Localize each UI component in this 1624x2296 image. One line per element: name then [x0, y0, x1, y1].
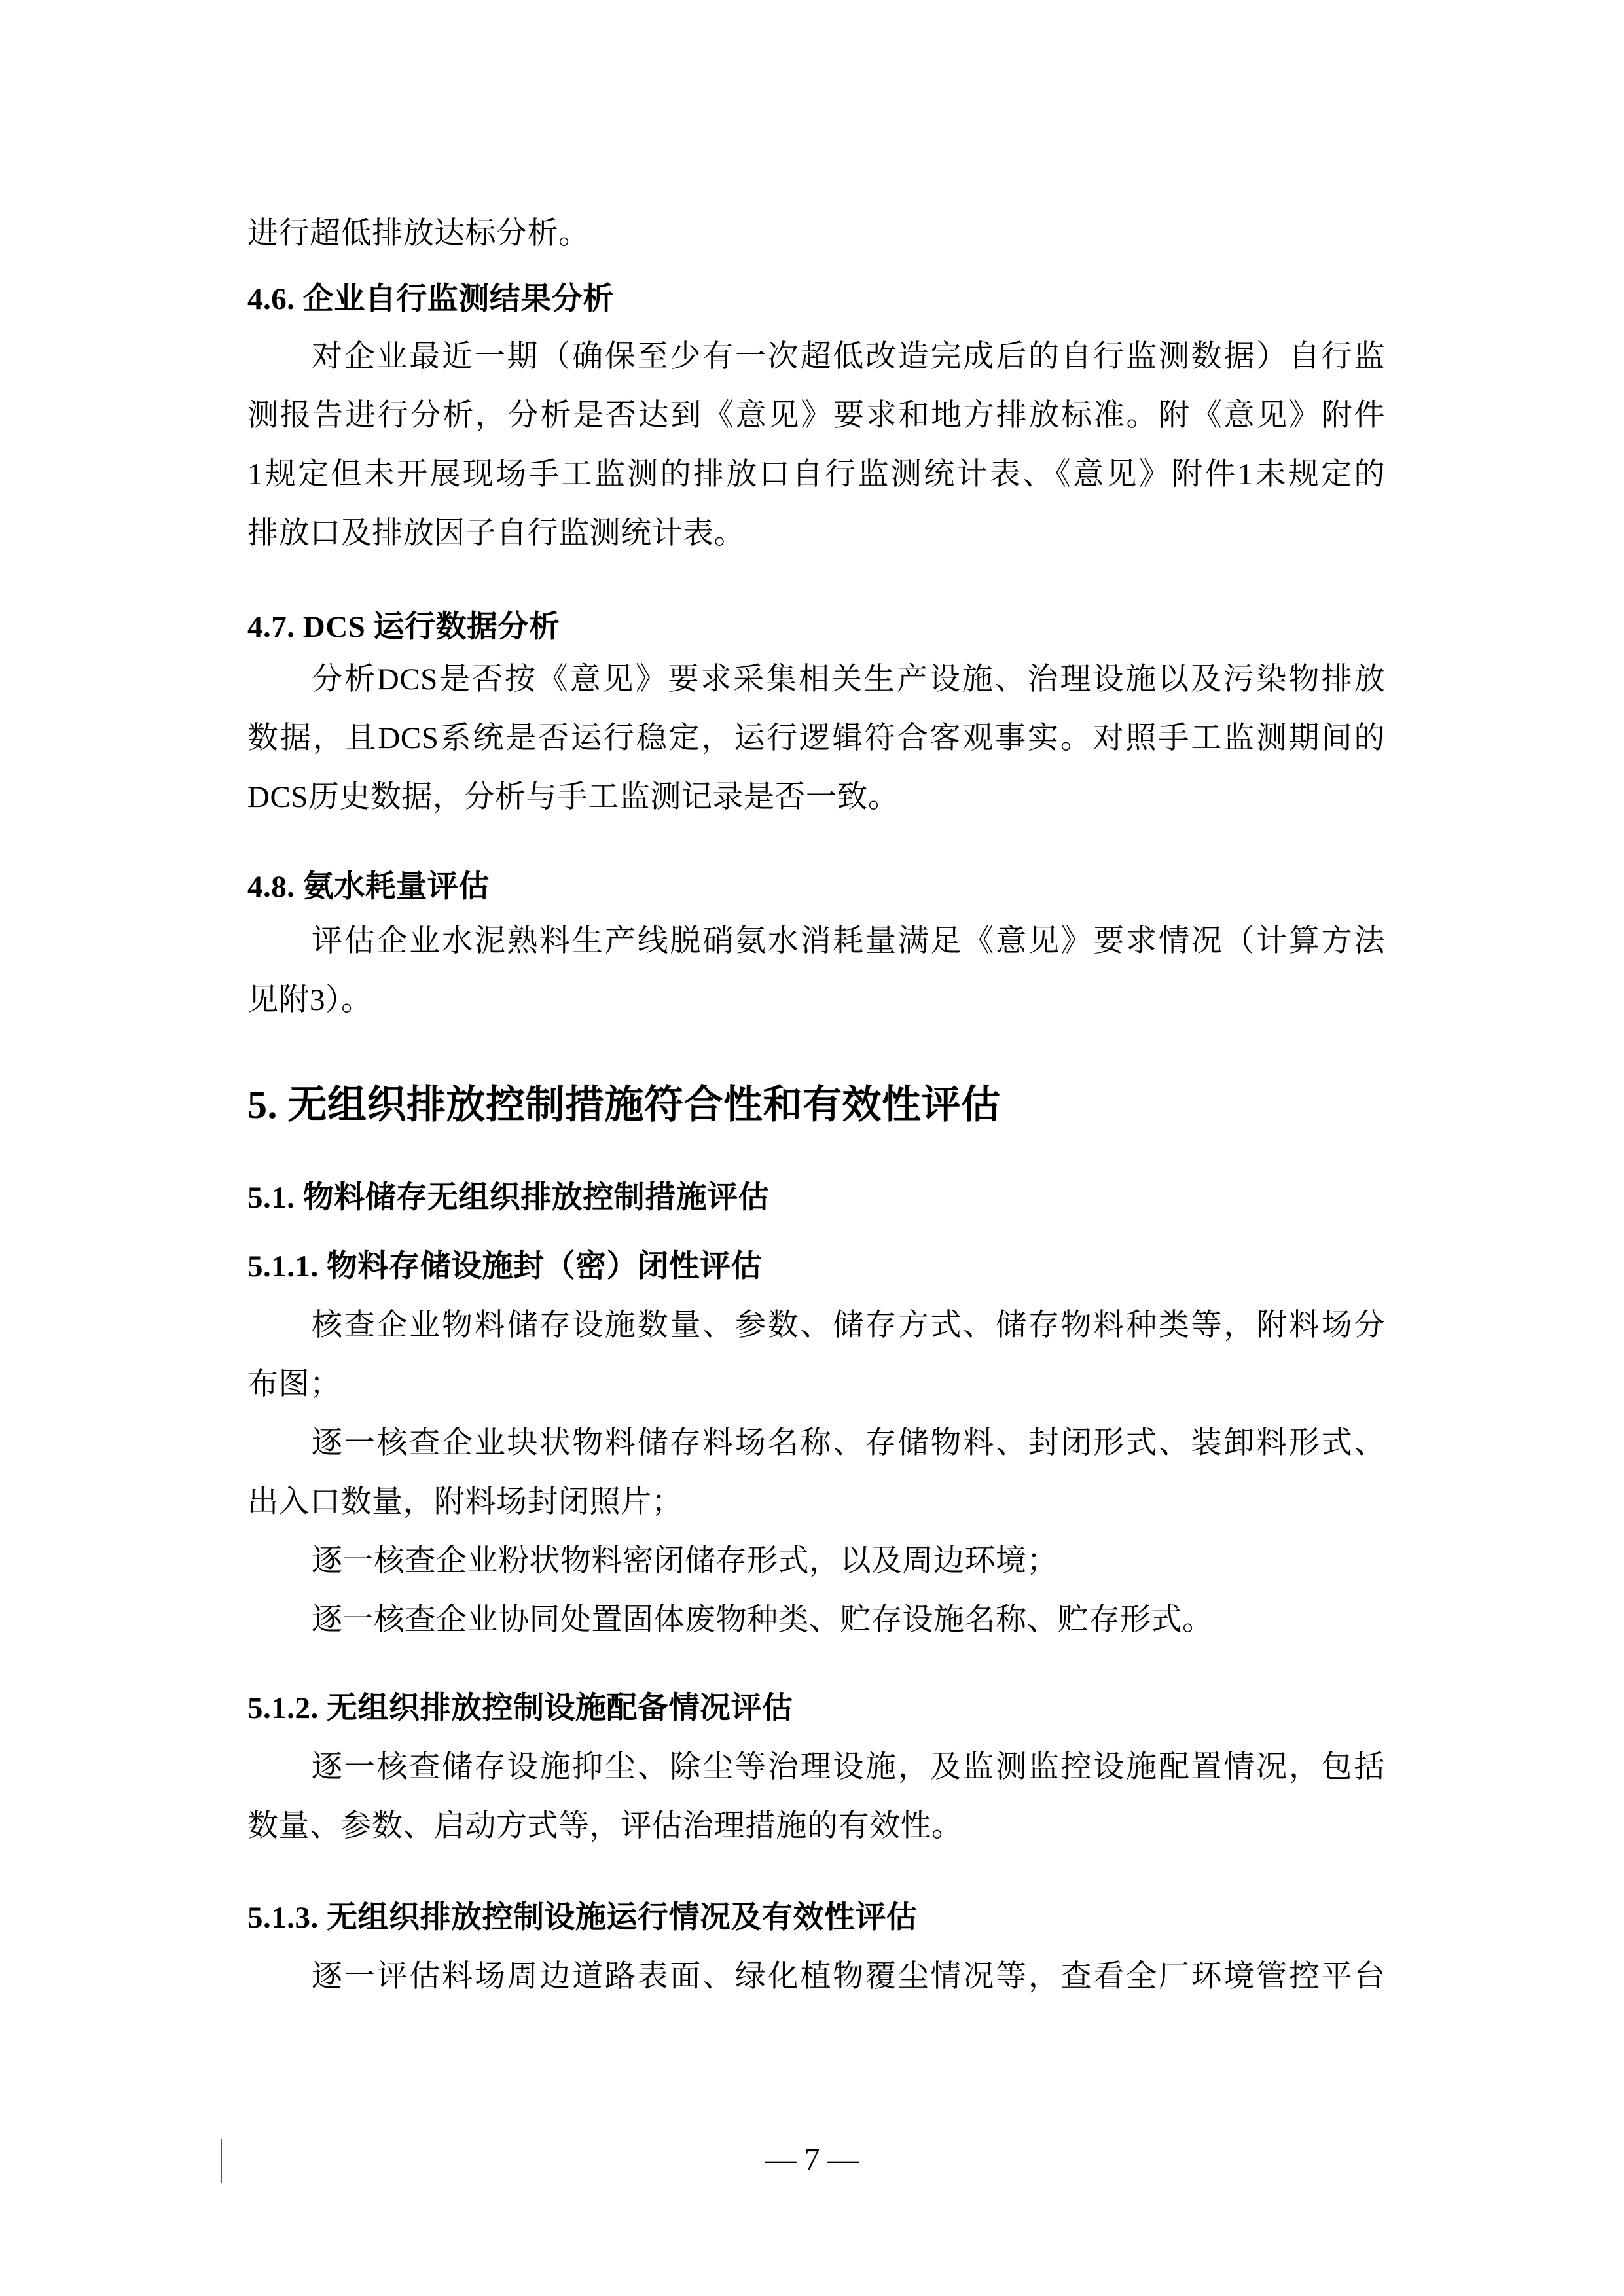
heading-5-1-2: 5.1.2. 无组织排放控制设施配备情况评估 [247, 1689, 793, 1728]
paragraph-line: 分析DCS是否按《意见》要求采集相关生产设施、治理设施以及污染物排放 [312, 660, 1385, 699]
paragraph-line: 数据，且DCS系统是否运行稳定，运行逻辑符合客观事实。对照手工监测期间的 [247, 719, 1385, 758]
heading-5-1-1: 5.1.1. 物料存储设施封（密）闭性评估 [247, 1247, 762, 1286]
heading-4-7: 4.7. DCS 运行数据分析 [247, 607, 560, 647]
paragraph-line: 逐一核查企业块状物料储存料场名称、存储物料、封闭形式、装卸料形式、 [312, 1424, 1385, 1463]
heading-4-8: 4.8. 氨水耗量评估 [247, 867, 490, 906]
heading-5: 5. 无组织排放控制措施符合性和有效性评估 [247, 1080, 1001, 1130]
page-number: — 7 — [0, 2140, 1624, 2179]
heading-4-6: 4.6. 企业自行监测结果分析 [247, 279, 614, 319]
paragraph-line: 进行超低排放达标分析。 [247, 214, 590, 253]
paragraph-line: 1规定但未开展现场手工监测的排放口自行监测统计表、《意见》附件1未规定的 [247, 455, 1385, 494]
paragraph-line: 布图； [247, 1365, 341, 1404]
paragraph-line: 逐一核查企业协同处置固体废物种类、贮存设施名称、贮存形式。 [312, 1600, 1214, 1640]
paragraph-line: 逐一核查储存设施抑尘、除尘等治理设施，及监测监控设施配置情况，包括 [312, 1748, 1385, 1787]
paragraph-line: 排放口及排放因子自行监测统计表。 [247, 514, 745, 553]
paragraph-line: 数量、参数、启动方式等，评估治理措施的有效性。 [247, 1806, 963, 1846]
document-page: 进行超低排放达标分析。 4.6. 企业自行监测结果分析 对企业最近一期（确保至少… [0, 0, 1624, 2296]
paragraph-line: 出入口数量，附料场封闭照片； [247, 1482, 683, 1522]
heading-5-1-3: 5.1.3. 无组织排放控制设施运行情况及有效性评估 [247, 1898, 918, 1937]
paragraph-line: 核查企业物料储存设施数量、参数、储存方式、储存物料种类等，附料场分 [312, 1306, 1385, 1345]
paragraph-line: 逐一评估料场周边道路表面、绿化植物覆尘情况等，查看全厂环境管控平台 [312, 1957, 1385, 1996]
heading-5-1: 5.1. 物料储存无组织排放控制措施评估 [247, 1178, 769, 1217]
paragraph-line: 测报告进行分析，分析是否达到《意见》要求和地方排放标准。附《意见》附件 [247, 396, 1385, 435]
paragraph-line: 对企业最近一期（确保至少有一次超低改造完成后的自行监测数据）自行监 [312, 337, 1385, 376]
paragraph-line: 见附3）。 [247, 980, 372, 1020]
paragraph-line: 逐一核查企业粉状物料密闭储存形式，以及周边环境； [312, 1541, 1058, 1581]
paragraph-line: 评估企业水泥熟料生产线脱硝氨水消耗量满足《意见》要求情况（计算方法 [312, 922, 1385, 961]
paragraph-line: DCS历史数据，分析与手工监测记录是否一致。 [247, 778, 899, 817]
